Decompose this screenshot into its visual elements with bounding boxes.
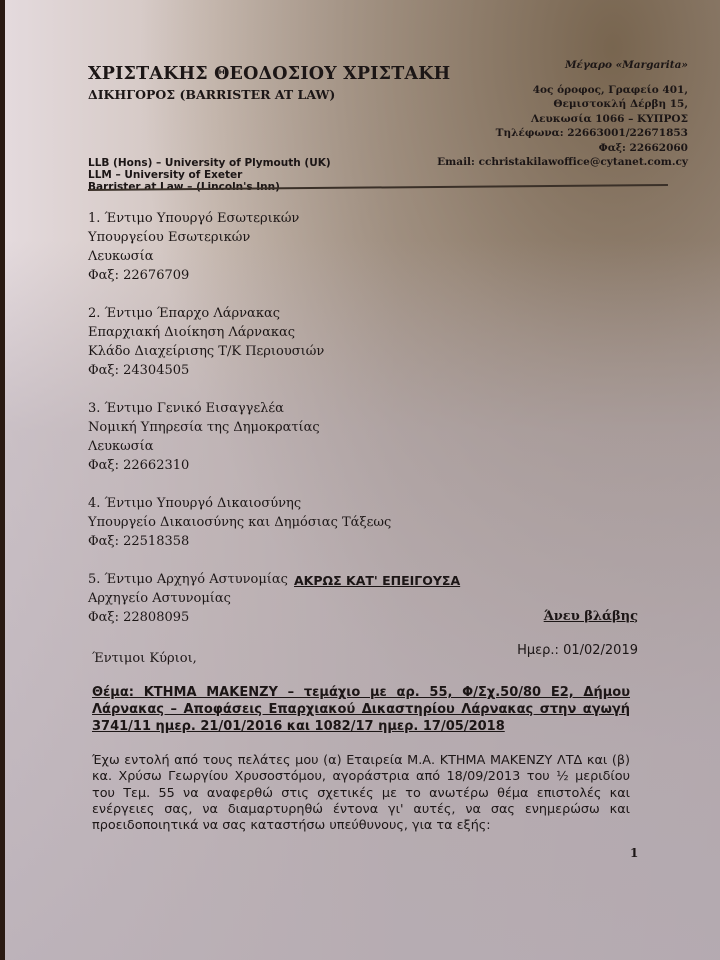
salutation: Έντιμοι Κύριοι, [92, 651, 197, 666]
recipient-line: 4. Έντιμο Υπουργό Δικαιοσύνης [88, 494, 391, 513]
page-number: 1 [630, 846, 638, 860]
recipient-line: Νομική Υπηρεσία της Δημοκρατίας [88, 418, 391, 437]
address-line: Λευκωσία 1066 – ΚΥΠΡΟΣ [437, 112, 688, 127]
recipient-block: 2. Έντιμο Έπαρχο ΛάρνακαςΕπαρχιακή Διοίκ… [88, 304, 391, 380]
recipient-line: 1. Έντιμο Υπουργό Εσωτερικών [88, 209, 391, 228]
recipient-line: Λευκωσία [88, 247, 391, 266]
recipient-line: Φαξ: 24304505 [88, 361, 391, 380]
building-name: Μέγαρο «Margarita» [437, 58, 688, 73]
lawyer-title: ΔΙΚΗΓΟΡΟΣ (BARRISTER AT LAW) [88, 87, 335, 102]
recipient-line: Φαξ: 22676709 [88, 266, 391, 285]
recipient-line: Φαξ: 22662310 [88, 456, 391, 475]
recipient-line: Λευκωσία [88, 437, 391, 456]
address-line: Θεμιστοκλή Δέρβη 15, [437, 97, 688, 112]
email-address: Email: cchristakilawoffice@cytanet.com.c… [437, 155, 688, 170]
letter-content: ΧΡΙΣΤΑΚΗΣ ΘΕΟΔΟΣΙΟΥ ΧΡΙΣΤΑΚΗ ΔΙΚΗΓΟΡΟΣ (… [0, 0, 720, 960]
recipient-block: 3. Έντιμο Γενικό ΕισαγγελέαΝομική Υπηρεσ… [88, 399, 391, 475]
recipient-line: Φαξ: 22518358 [88, 532, 391, 551]
recipient-line: 2. Έντιμο Έπαρχο Λάρνακας [88, 304, 391, 323]
office-contact-block: Μέγαρο «Margarita» 4ος όροφος, Γραφείο 4… [437, 58, 688, 170]
without-prejudice-label: Άνευ βλάβης [544, 609, 638, 624]
recipient-line: Επαρχιακή Διοίκηση Λάρνακας [88, 323, 391, 342]
recipient-line: Υπουργείου Εσωτερικών [88, 228, 391, 247]
recipient-line: Αρχηγείο Αστυνομίας [88, 589, 391, 608]
recipient-line: Φαξ: 22808095 [88, 608, 391, 627]
fax-number: Φαξ: 22662060 [437, 141, 688, 156]
body-paragraph: Έχω εντολή από τους πελάτες μου (α) Εται… [92, 753, 630, 834]
address-line: 4ος όροφος, Γραφείο 401, [437, 83, 688, 98]
qualification-line: LLB (Hons) – University of Plymouth (UK) [88, 157, 331, 169]
urgent-label: ΑΚΡΩΣ ΚΑΤ' ΕΠΕΙΓΟΥΣΑ [294, 573, 460, 588]
recipient-block: 1. Έντιμο Υπουργό ΕσωτερικώνΥπουργείου Ε… [88, 209, 391, 285]
recipient-line: Κλάδο Διαχείρισης Τ/Κ Περιουσιών [88, 342, 391, 361]
recipient-line: Υπουργείο Δικαιοσύνης και Δημόσιας Τάξεω… [88, 513, 391, 532]
recipient-line: 3. Έντιμο Γενικό Εισαγγελέα [88, 399, 391, 418]
qualification-line: LLM – University of Exeter [88, 169, 331, 181]
letter-date: Ημερ.: 01/02/2019 [517, 643, 638, 658]
phone-numbers: Τηλέφωνα: 22663001/22671853 [437, 126, 688, 141]
subject-line: Θέμα: ΚΤΗΜΑ ΜΑΚΕΝΖΥ – τεμάχιο με αρ. 55,… [92, 684, 630, 735]
recipient-block: 4. Έντιμο Υπουργό ΔικαιοσύνηςΥπουργείο Δ… [88, 494, 391, 551]
lawyer-name: ΧΡΙΣΤΑΚΗΣ ΘΕΟΔΟΣΙΟΥ ΧΡΙΣΤΑΚΗ [88, 64, 450, 84]
